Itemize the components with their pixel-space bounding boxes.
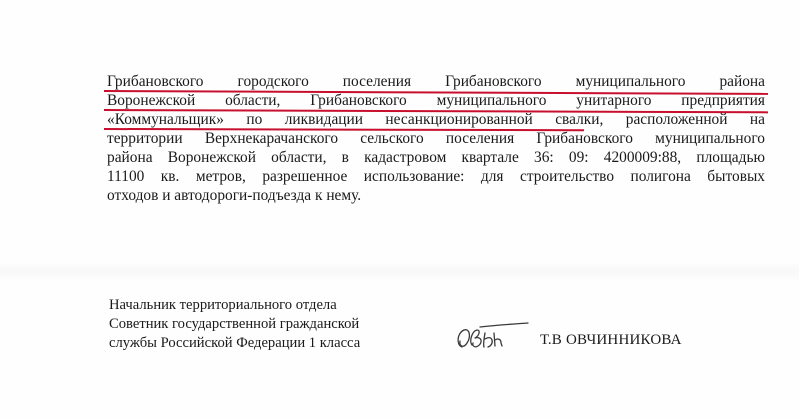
paragraph-line: отходов и автодороги-подъезда к нему.: [107, 186, 765, 205]
paragraph-line: района Воронежской области, в кадастрово…: [107, 148, 765, 167]
page-fold-shadow: [0, 262, 799, 282]
signatory-name: Т.В ОВЧИННИКОВА: [540, 332, 682, 349]
document-page: Грибановского городского поселения Гриба…: [0, 0, 799, 419]
signatory-title-line: Советник государственной гражданской: [109, 315, 360, 334]
paragraph-line: 11100 кв. метров, разрешенное использова…: [107, 167, 765, 186]
paragraph-line: территории Верхнекарачанского сельского …: [107, 129, 765, 148]
signatory-title: Начальник территориального отдела Советн…: [109, 296, 360, 353]
signatory-title-line: службы Российской Федерации 1 класса: [109, 334, 360, 353]
handwritten-signature-icon: [452, 321, 532, 351]
paragraph-line: Грибановского городского поселения Гриба…: [107, 72, 765, 91]
signatory-title-line: Начальник территориального отдела: [109, 296, 360, 315]
